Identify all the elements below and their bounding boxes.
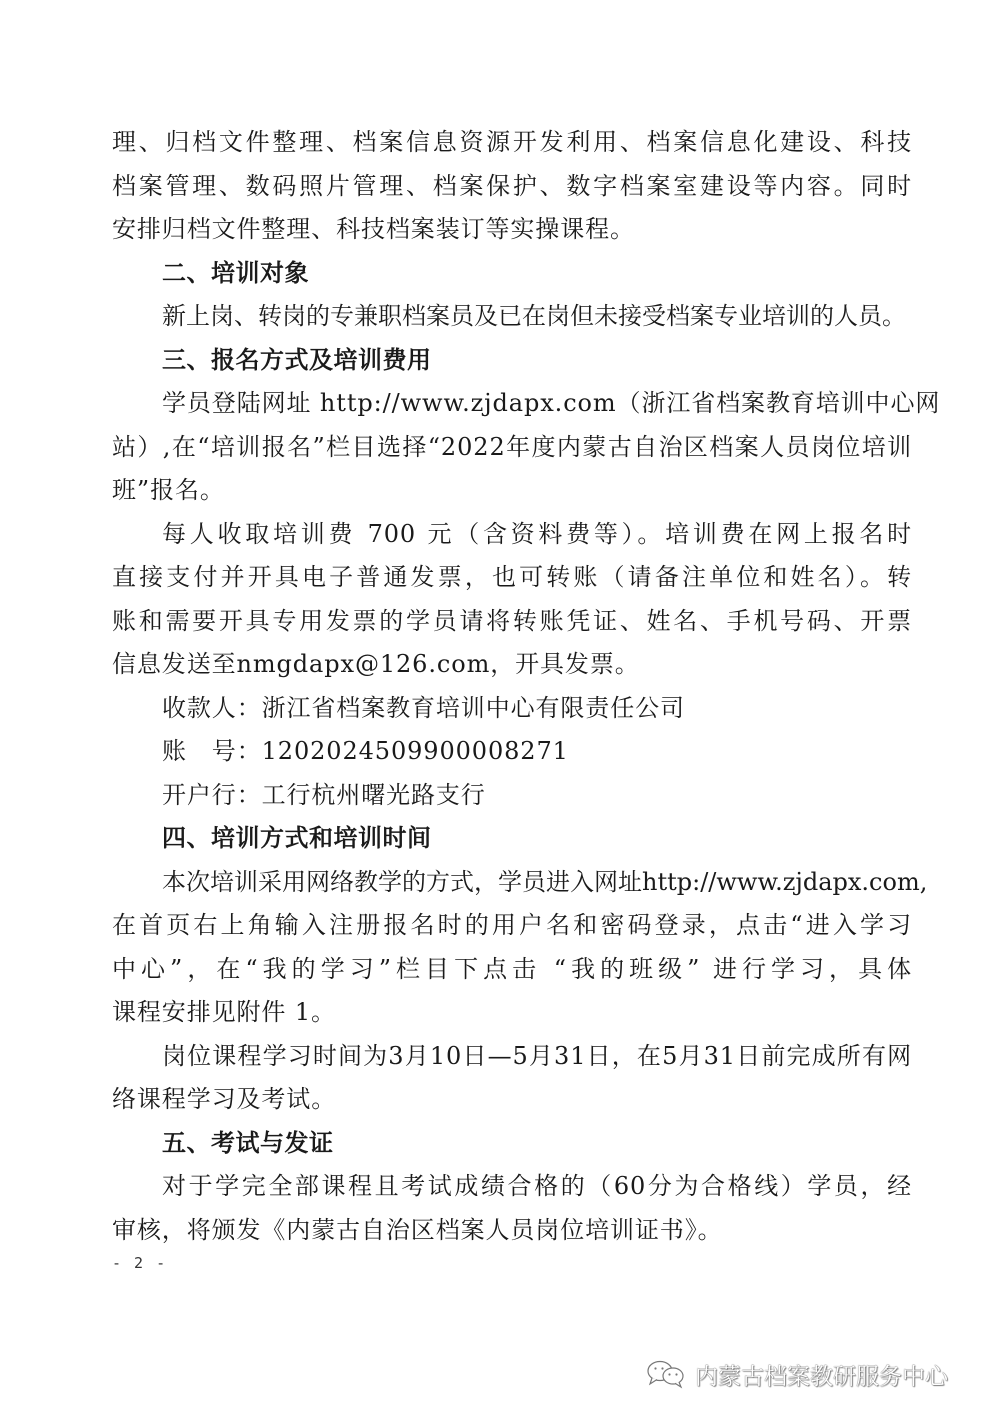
watermark-text: 内蒙古档案教研服务中心	[695, 1358, 948, 1391]
page-number: - 2 -	[112, 1254, 167, 1272]
bank-line: 开户行：工行杭州曙光路支行	[112, 774, 912, 818]
text-line: 安排归档文件整理、科技档案装订等实操课程。	[112, 208, 912, 252]
section-heading-training-method-time: 四、培训方式和培训时间	[112, 817, 912, 861]
text-line: 中心”，在“我的学习”栏目下点击 “我的班级” 进行学习，具体	[112, 948, 912, 992]
text-line: 直接支付并开具电子普通发票，也可转账（请备注单位和姓名）。转	[112, 556, 912, 600]
section-heading-training-target: 二、培训对象	[112, 252, 912, 296]
wechat-icon	[645, 1359, 689, 1389]
text-line: 在首页右上角输入注册报名时的用户名和密码登录，点击“进入学习	[112, 904, 912, 948]
text-line: 账和需要开具专用发票的学员请将转账凭证、姓名、手机号码、开票	[112, 600, 912, 644]
text-line: 络课程学习及考试。	[112, 1078, 912, 1122]
text-line: 信息发送至nmgdapx@126.com，开具发票。	[112, 643, 912, 687]
document-body: 理、归档文件整理、档案信息资源开发利用、档案信息化建设、科技 档案管理、数码照片…	[112, 121, 912, 1252]
text-line: 对于学完全部课程且考试成绩合格的（60分为合格线）学员，经	[112, 1165, 912, 1209]
text-line: 本次培训采用网络教学的方式，学员进入网址http://www.zjdapx.co…	[112, 861, 912, 905]
account-number-line: 账 号：1202024509900008271	[112, 730, 912, 774]
section-heading-registration-fees: 三、报名方式及培训费用	[112, 339, 912, 383]
text-line: 新上岗、转岗的专兼职档案员及已在岗但未接受档案专业培训的人员。	[112, 295, 912, 339]
text-line: 档案管理、数码照片管理、档案保护、数字档案室建设等内容。同时	[112, 165, 912, 209]
payee-line: 收款人：浙江省档案教育培训中心有限责任公司	[112, 687, 912, 731]
text-line: 理、归档文件整理、档案信息资源开发利用、档案信息化建设、科技	[112, 121, 912, 165]
text-line: 课程安排见附件 1。	[112, 991, 912, 1035]
watermark: 内蒙古档案教研服务中心	[645, 1356, 948, 1392]
text-line: 班”报名。	[112, 469, 912, 513]
section-heading-exam-certification: 五、考试与发证	[112, 1122, 912, 1166]
text-line: 站）,在“培训报名”栏目选择“2022年度内蒙古自治区档案人员岗位培训	[112, 426, 912, 470]
text-line: 每人收取培训费 700 元（含资料费等）。培训费在网上报名时	[112, 513, 912, 557]
text-line: 审核，将颁发《内蒙古自治区档案人员岗位培训证书》。	[112, 1209, 912, 1253]
document-page: 理、归档文件整理、档案信息资源开发利用、档案信息化建设、科技 档案管理、数码照片…	[0, 0, 1000, 1413]
text-line: 学员登陆网址 http://www.zjdapx.com（浙江省档案教育培训中心…	[112, 382, 912, 426]
text-line: 岗位课程学习时间为3月10日—5月31日，在5月31日前完成所有网	[112, 1035, 912, 1079]
